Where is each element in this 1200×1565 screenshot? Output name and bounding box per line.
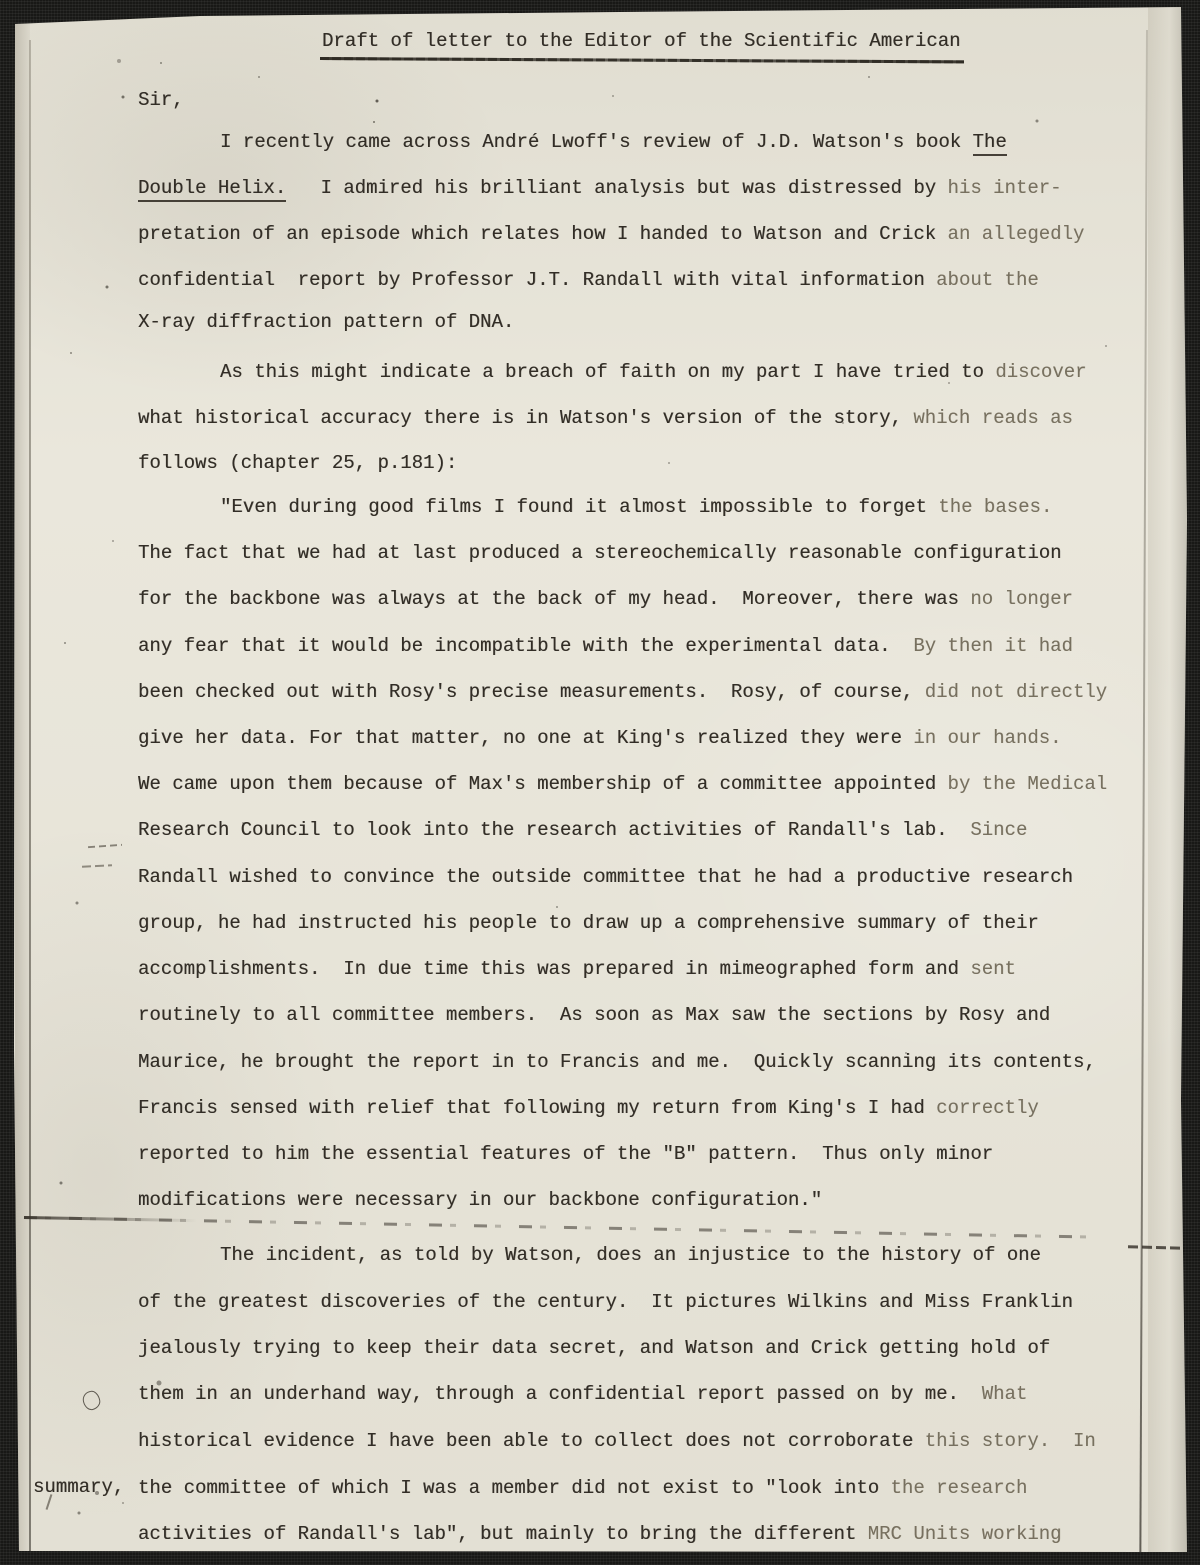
text-line: follows (chapter 25, p.181): [138, 451, 457, 475]
document-title: Draft of letter to the Editor of the Sci… [322, 30, 961, 52]
text-segment: for the backbone was always at the back … [138, 588, 970, 610]
text-segment: "Even during good films I found it almos… [220, 496, 938, 518]
text-line: The fact that we had at last produced a … [138, 541, 1062, 565]
text-line: give her data. For that matter, no one a… [138, 726, 1062, 750]
pencil-dash-mark [82, 864, 112, 868]
faded-text: did not directly [925, 681, 1107, 703]
faded-text: discover [995, 361, 1086, 383]
text-line: Sir, [138, 88, 184, 112]
text-segment: X-ray diffraction pattern of DNA. [138, 311, 514, 333]
text-line: accomplishments. In due time this was pr… [138, 957, 1016, 981]
paper-sheet: Draft of letter to the Editor of the Sci… [0, 0, 1200, 1565]
text-segment: jealously trying to keep their data secr… [138, 1337, 1050, 1359]
right-crease-line [1139, 30, 1148, 1552]
text-segment: any fear that it would be incompatible w… [138, 635, 913, 657]
text-line: Randall wished to convince the outside c… [138, 865, 1073, 889]
text-segment: We came upon them because of Max's membe… [138, 773, 948, 795]
text-segment: the committee of which I was a member di… [138, 1477, 891, 1499]
underlined-text: Double Helix. [138, 177, 286, 202]
text-line: of the greatest discoveries of the centu… [138, 1290, 1073, 1314]
right-edge-shade [1148, 7, 1187, 1552]
title-underline [320, 57, 964, 63]
text-line: the committee of which I was a member di… [138, 1476, 1027, 1500]
text-segment: Francis sensed with relief that followin… [138, 1097, 936, 1119]
faded-text: correctly [936, 1097, 1039, 1119]
text-line: activities of Randall's lab", but mainly… [138, 1522, 1062, 1546]
text-line: them in an underhand way, through a conf… [138, 1382, 1027, 1406]
text-segment: what historical accuracy there is in Wat… [138, 407, 913, 429]
faded-text: about the [936, 269, 1039, 291]
text-line: We came upon them because of Max's membe… [138, 772, 1107, 796]
text-line: Double Helix. I admired his brilliant an… [138, 176, 1062, 200]
text-segment: As this might indicate a breach of faith… [220, 361, 995, 383]
text-segment: been checked out with Rosy's precise mea… [138, 681, 925, 703]
text-segment: Research Council to look into the resear… [138, 819, 970, 841]
text-segment: I admired his brilliant analysis but was… [286, 177, 947, 199]
faded-text: the bases. [938, 496, 1052, 518]
text-segment: Maurice, he brought the report in to Fra… [138, 1051, 1096, 1073]
text-segment: reported to him the essential features o… [138, 1143, 993, 1165]
text-segment: accomplishments. In due time this was pr… [138, 958, 970, 980]
text-segment: activities of Randall's lab", but mainly… [138, 1523, 868, 1545]
text-segment: I recently came across André Lwoff's rev… [220, 131, 973, 153]
text-segment: Randall wished to convince the outside c… [138, 866, 1073, 888]
text-line: Research Council to look into the resear… [138, 818, 1027, 842]
text-line: The incident, as told by Watson, does an… [220, 1243, 1041, 1267]
text-line: for the backbone was always at the back … [138, 587, 1073, 611]
text-segment: Sir, [138, 89, 184, 111]
text-segment: The incident, as told by Watson, does an… [220, 1244, 1041, 1266]
faded-text: sent [970, 958, 1016, 980]
text-line: what historical accuracy there is in Wat… [138, 406, 1073, 430]
text-line: routinely to all committee members. As s… [138, 1003, 1050, 1027]
text-line: jealously trying to keep their data secr… [138, 1336, 1050, 1360]
margin-note-summary: summary, [33, 1476, 124, 1498]
text-line: reported to him the essential features o… [138, 1142, 993, 1166]
text-line: historical evidence I have been able to … [138, 1429, 1096, 1453]
scanned-letter-page: { "colors": { "paper": "#e9e6da", "ink":… [0, 0, 1200, 1565]
text-segment: confidential report by Professor J.T. Ra… [138, 269, 936, 291]
faded-text: By then it had [913, 635, 1073, 657]
faded-text: in our hands. [913, 727, 1061, 749]
faded-text: no longer [970, 588, 1073, 610]
faded-text: the research [891, 1477, 1028, 1499]
text-segment: modifications were necessary in our back… [138, 1189, 822, 1211]
text-line: pretation of an episode which relates ho… [138, 222, 1084, 246]
faded-text: Since [970, 819, 1027, 841]
faded-text: MRC Units working [868, 1523, 1062, 1545]
pencil-dash-mark [88, 844, 122, 848]
text-segment: them in an underhand way, through a conf… [138, 1383, 982, 1405]
faded-text: an allegedly [948, 223, 1085, 245]
text-line: Francis sensed with relief that followin… [138, 1096, 1039, 1120]
fold-crease-line [24, 1216, 1104, 1239]
text-line: X-ray diffraction pattern of DNA. [138, 310, 514, 334]
text-line: As this might indicate a breach of faith… [220, 360, 1087, 384]
text-line: any fear that it would be incompatible w… [138, 634, 1073, 658]
text-line: group, he had instructed his people to d… [138, 911, 1039, 935]
text-segment: pretation of an episode which relates ho… [138, 223, 948, 245]
text-segment: give her data. For that matter, no one a… [138, 727, 913, 749]
text-segment: group, he had instructed his people to d… [138, 912, 1039, 934]
paper-speckles [0, 0, 2, 2]
left-edge-shade [15, 20, 30, 1552]
text-segment: of the greatest discoveries of the centu… [138, 1291, 1073, 1313]
faded-text: his inter- [948, 177, 1062, 199]
underlined-text: The [973, 131, 1007, 156]
pencil-circle-mark [81, 1389, 102, 1412]
text-line: been checked out with Rosy's precise mea… [138, 680, 1107, 704]
underlying-page-edge [29, 40, 31, 1552]
text-line: I recently came across André Lwoff's rev… [220, 130, 1007, 154]
text-line: "Even during good films I found it almos… [220, 495, 1052, 519]
faded-text: What [982, 1383, 1028, 1405]
faded-text: which reads as [913, 407, 1073, 429]
text-line: modifications were necessary in our back… [138, 1188, 822, 1212]
text-segment: historical evidence I have been able to … [138, 1430, 925, 1452]
faded-text: by the Medical [948, 773, 1108, 795]
text-segment: routinely to all committee members. As s… [138, 1004, 1050, 1026]
text-segment: follows (chapter 25, p.181): [138, 452, 457, 474]
text-segment: The fact that we had at last produced a … [138, 542, 1062, 564]
faded-text: this story. In [925, 1430, 1096, 1452]
text-line: Maurice, he brought the report in to Fra… [138, 1050, 1096, 1074]
text-line: confidential report by Professor J.T. Ra… [138, 268, 1039, 292]
